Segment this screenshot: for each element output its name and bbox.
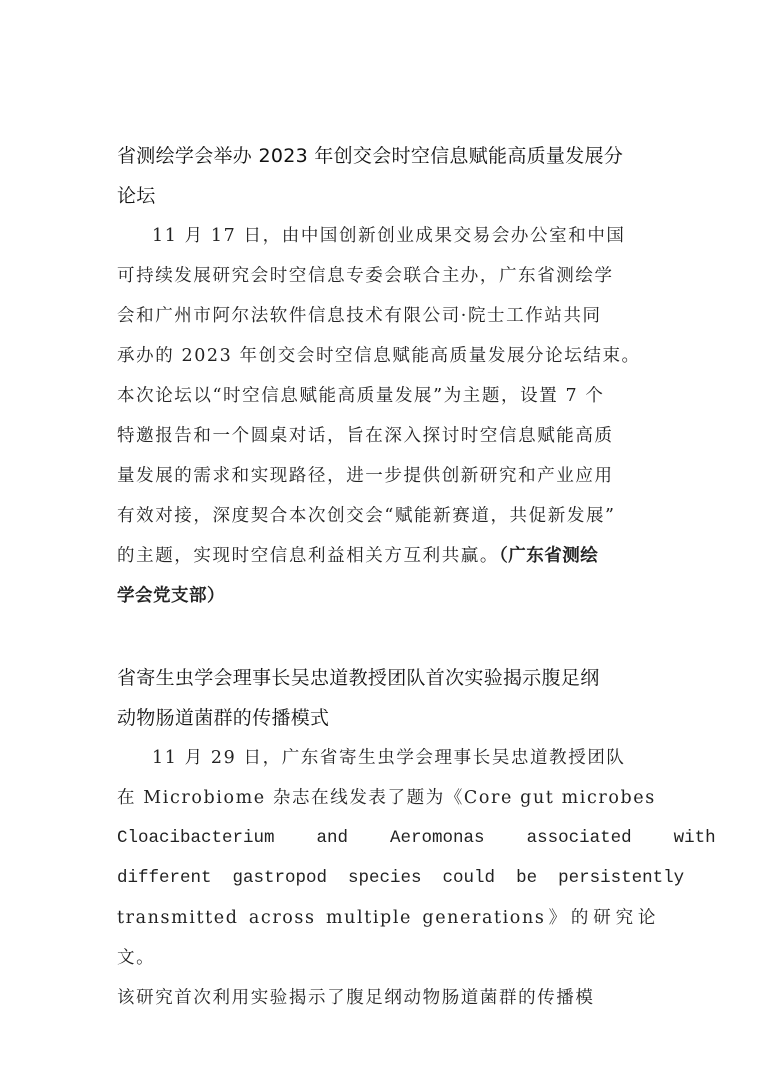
body-line: 量发展的需求和实现路径，进一步提供创新研究和产业应用 [117, 456, 657, 496]
document-page: 省测绘学会举办 2023 年创交会时空信息赋能高质量发展分 论坛 11 月 17… [117, 136, 657, 1018]
body-line-with-source: 的主题，实现时空信息利益相关方互利共赢。（广东省测绘 [117, 536, 657, 576]
body-line: 该研究首次利用实验揭示了腹足纲动物肠道菌群的传播模 [117, 978, 657, 1018]
body-line: 可持续发展研究会时空信息专委会联合主办，广东省测绘学 [117, 256, 657, 296]
section-spacer [117, 616, 657, 658]
title-line: 动物肠道菌群的传播模式 [117, 698, 657, 738]
body-line: 会和广州市阿尔法软件信息技术有限公司·院士工作站共同 [117, 296, 657, 336]
article-surveying-forum: 省测绘学会举办 2023 年创交会时空信息赋能高质量发展分 论坛 11 月 17… [117, 136, 657, 616]
article-body: 11 月 29 日，广东省寄生虫学会理事长吴忠道教授团队 在 Microbiom… [117, 738, 657, 1018]
article-title: 省测绘学会举办 2023 年创交会时空信息赋能高质量发展分 论坛 [117, 136, 657, 216]
title-line: 省测绘学会举办 2023 年创交会时空信息赋能高质量发展分 [117, 136, 657, 176]
article-parasitology: 省寄生虫学会理事长吴忠道教授团队首次实验揭示腹足纲 动物肠道菌群的传播模式 11… [117, 658, 657, 1018]
body-line: different gastropod species could be per… [117, 858, 657, 898]
body-line: 在 Microbiome 杂志在线发表了题为《Core gut microbes [117, 778, 657, 818]
article-title: 省寄生虫学会理事长吴忠道教授团队首次实验揭示腹足纲 动物肠道菌群的传播模式 [117, 658, 657, 738]
body-line: Cloacibacterium and Aeromonas associated… [117, 818, 657, 858]
source-attribution: （广东省测绘 [499, 546, 598, 566]
article-body: 11 月 17 日，由中国创新创业成果交易会办公室和中国 可持续发展研究会时空信… [117, 216, 657, 616]
title-line: 论坛 [117, 176, 657, 216]
body-line: transmitted across multiple generations》… [117, 898, 657, 978]
body-line-text: 的主题，实现时空信息利益相关方互利共赢。 [117, 546, 499, 566]
body-line: 11 月 29 日，广东省寄生虫学会理事长吴忠道教授团队 [117, 738, 657, 778]
body-line: 承办的 2023 年创交会时空信息赋能高质量发展分论坛结束。 [117, 336, 657, 376]
body-line: 11 月 17 日，由中国创新创业成果交易会办公室和中国 [117, 216, 657, 256]
body-line: 本次论坛以“时空信息赋能高质量发展”为主题，设置 7 个 [117, 376, 657, 416]
body-line: 特邀报告和一个圆桌对话，旨在深入探讨时空信息赋能高质 [117, 416, 657, 456]
body-line: 有效对接，深度契合本次创交会“赋能新赛道，共促新发展” [117, 496, 657, 536]
title-line: 省寄生虫学会理事长吴忠道教授团队首次实验揭示腹足纲 [117, 658, 657, 698]
source-attribution-cont: 学会党支部） [117, 576, 657, 616]
